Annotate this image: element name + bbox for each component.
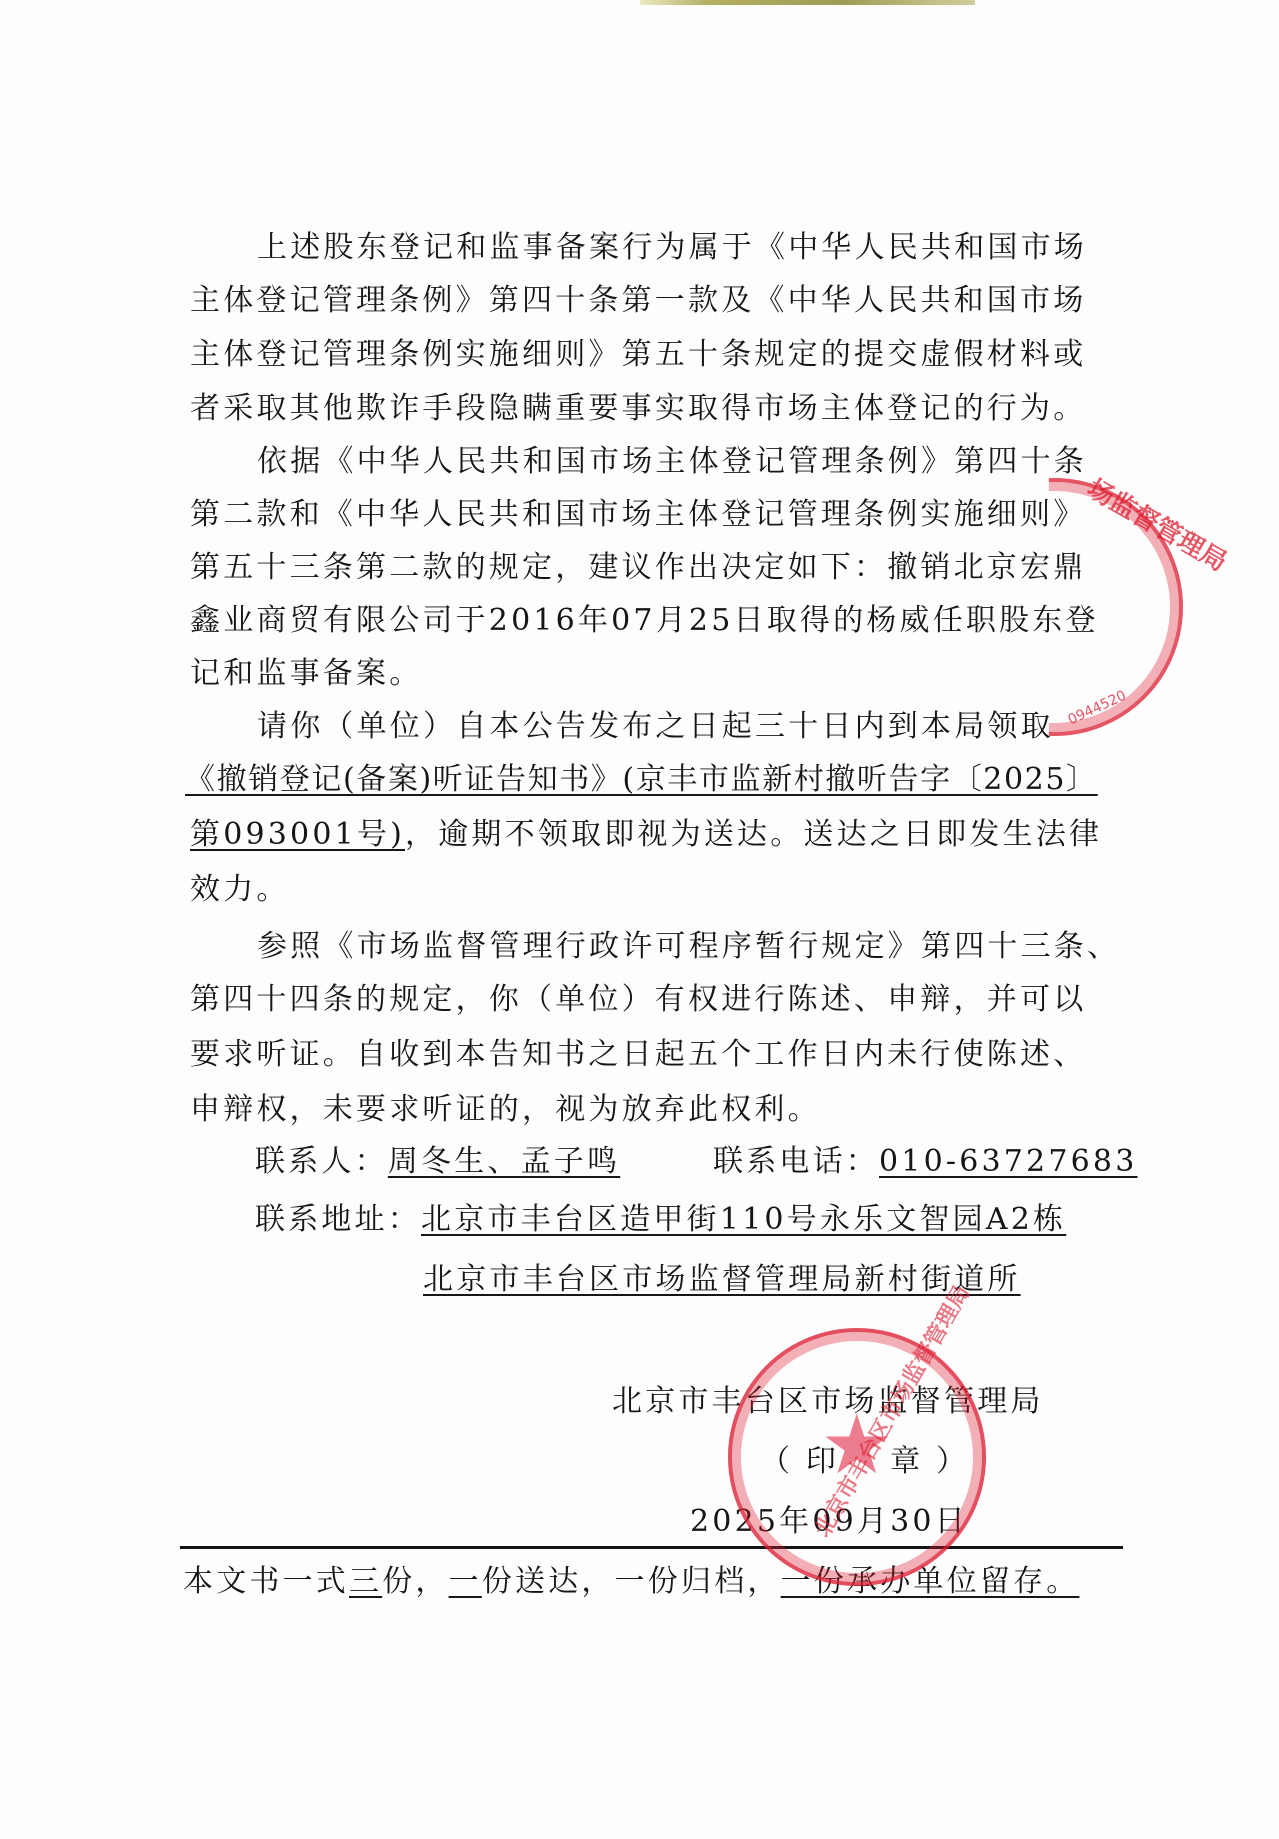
text-line: 申辩权，未要求听证的，视为放弃此权利。 (190, 1090, 821, 1130)
text-segment: 一份承办单位留存。 (781, 1564, 1080, 1599)
text-line: 效力。 (190, 870, 290, 910)
text-line: 主体登记管理条例实施细则》第五十条规定的提交虚假材料或 (190, 335, 1086, 375)
text-segment: 本文书一式 (183, 1564, 349, 1599)
text-segment: ，逾期不领取即视为送达。送达之日即发生法律 (405, 817, 1102, 852)
contact-phone-value: 010-63727683 (879, 1144, 1138, 1179)
text-line: 参照《市场监督管理行政许可程序暂行规定》第四十三条、 (257, 927, 1120, 967)
text-line: 者采取其他欺诈手段隐瞒重要事实取得市场主体登记的行为。 (190, 389, 1086, 429)
issue-date: 2025年09月30日 (690, 1502, 968, 1542)
issuer-name: 北京市丰台区市场监督管理局 (612, 1382, 1044, 1422)
text-line: 第093001号)，逾期不领取即视为送达。送达之日即发生法律 (190, 815, 1102, 855)
scan-edge-strip (640, 0, 975, 5)
text-line: 《撤销登记(备案)听证告知书》(京丰市监新村撤听告字〔2025〕 (185, 760, 1098, 800)
text-line: 第四十四条的规定，你（单位）有权进行陈述、申辩，并可以 (190, 980, 1086, 1020)
contact-phone-label: 联系电话： (713, 1144, 879, 1179)
notice-document-number: 第093001号) (190, 817, 405, 852)
contact-address-label: 联系地址： (255, 1202, 421, 1237)
text-line: 第二款和《中华人民共和国市场主体登记管理条例实施细则》 (190, 495, 1086, 535)
contact-address-row-2: 北京市丰台区市场监督管理局新村街道所 (423, 1260, 1021, 1300)
text-line: 请你（单位）自本公告发布之日起三十日内到本局领取 (257, 707, 1054, 747)
contact-person-value: 周冬生、孟子鸣 (388, 1144, 620, 1179)
seal-label: （ 印 章 ） (760, 1442, 969, 1482)
contact-address-row: 联系地址：北京市丰台区造甲街110号永乐文智园A2栋 (255, 1200, 1066, 1240)
footer-divider (180, 1546, 1123, 1549)
text-segment: 份， (382, 1564, 448, 1599)
text-line: 主体登记管理条例》第四十条第一款及《中华人民共和国市场 (190, 281, 1086, 321)
text-line: 依据《中华人民共和国市场主体登记管理条例》第四十条 (257, 442, 1087, 482)
text-segment: 三 (349, 1564, 382, 1599)
contact-address-line-2: 北京市丰台区市场监督管理局新村街道所 (423, 1262, 1021, 1297)
contact-person-row: 联系人：周冬生、孟子鸣 (255, 1142, 620, 1182)
contact-person-label: 联系人： (255, 1144, 388, 1179)
contact-address-line-1: 北京市丰台区造甲街110号永乐文智园A2栋 (421, 1202, 1066, 1237)
footer-copies-note: 本文书一式三份，一份送达，一份归档，一份承办单位留存。 (183, 1562, 1079, 1602)
notice-document-reference: 《撤销登记(备案)听证告知书》(京丰市监新村撤听告字〔2025〕 (185, 762, 1098, 797)
text-line: 记和监事备案。 (190, 654, 422, 694)
text-segment: 一 (449, 1564, 482, 1599)
contact-phone-row: 联系电话：010-63727683 (713, 1142, 1138, 1182)
text-line: 鑫业商贸有限公司于2016年07月25日取得的杨威任职股东登 (190, 601, 1099, 641)
text-line: 上述股东登记和监事备案行为属于《中华人民共和国市场 (257, 228, 1087, 268)
seal-number: 0944520 (1066, 688, 1129, 729)
text-line: 要求听证。自收到本告知书之日起五个工作日内未行使陈述、 (190, 1035, 1086, 1075)
seal-ring-text: 场监督管理局 (1081, 468, 1235, 578)
text-line: 第五十三条第二款的规定，建议作出决定如下：撤销北京宏鼎 (190, 548, 1086, 588)
text-segment: 份送达，一份归档， (482, 1564, 781, 1599)
